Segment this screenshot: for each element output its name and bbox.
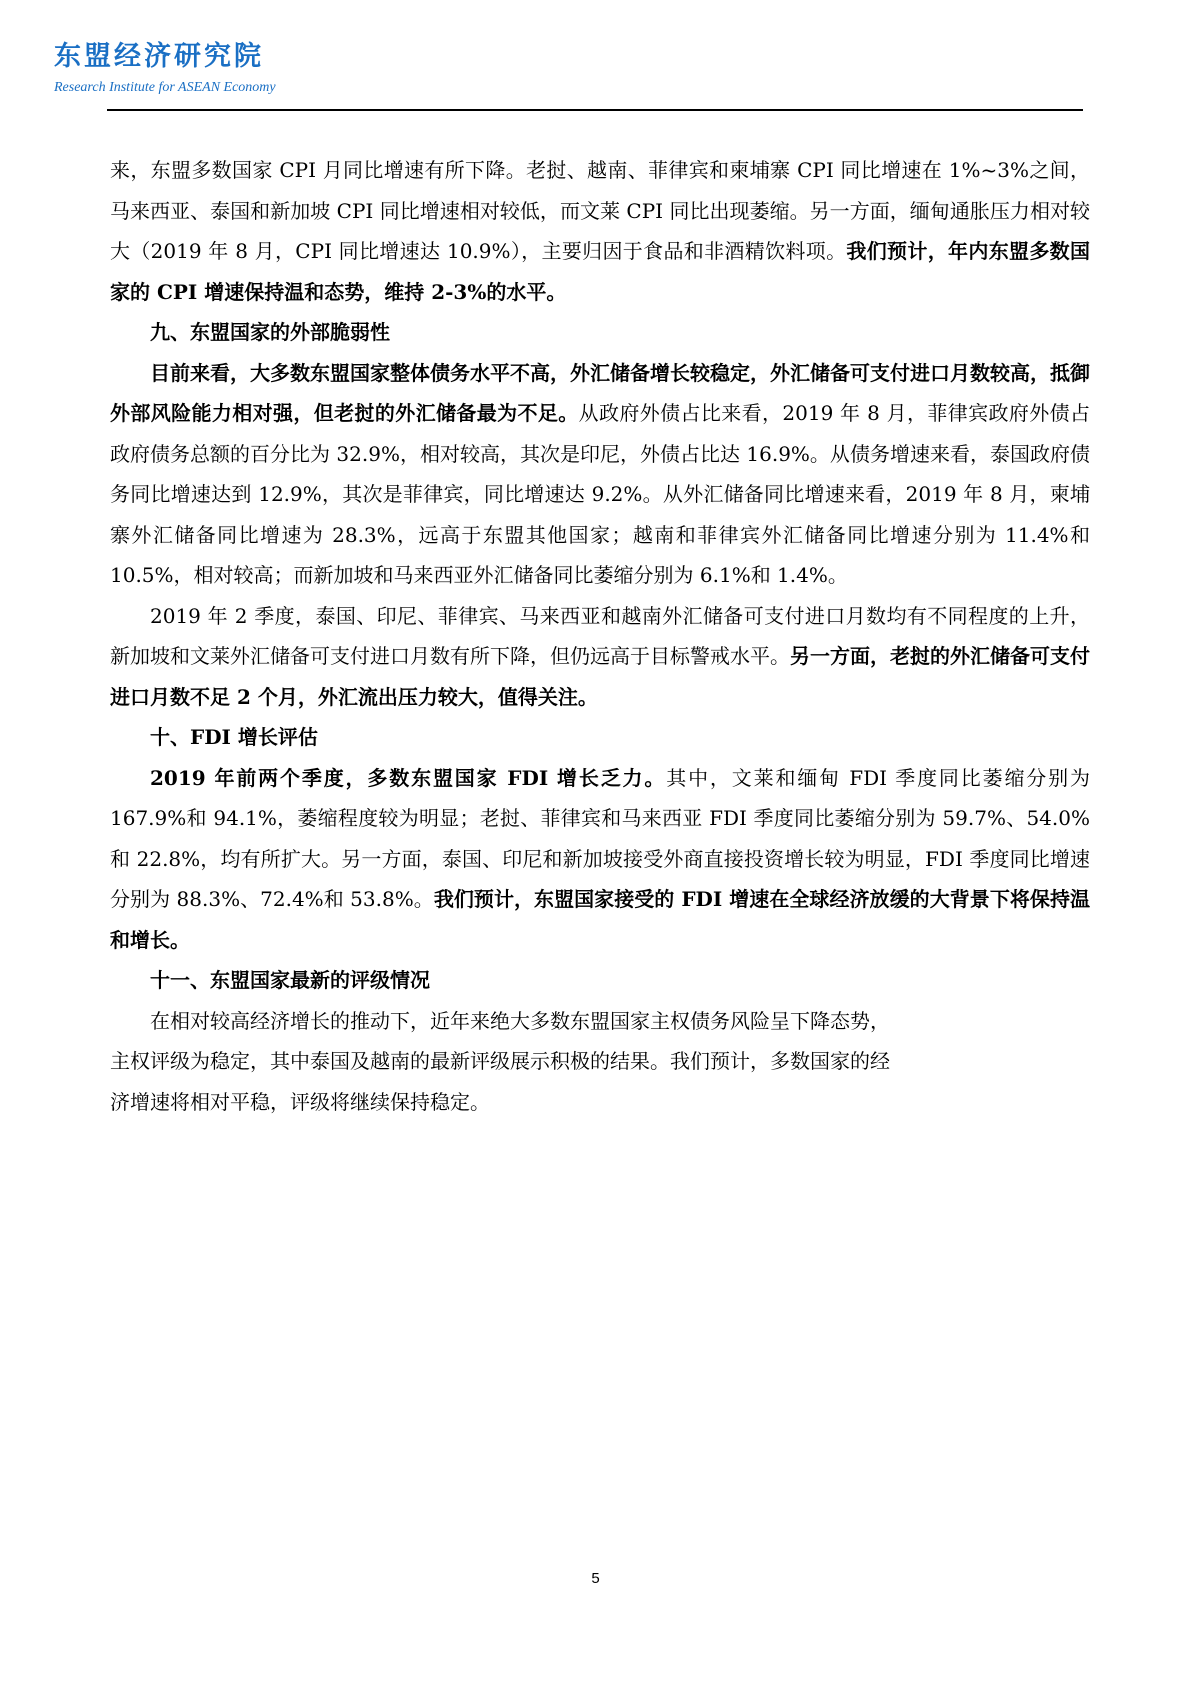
logo-chinese: 东盟经济研究院 xyxy=(54,34,264,73)
paragraph-external-vulnerability: 目前来看，大多数东盟国家整体债务水平不高，外汇储备增长较稳定，外汇储备可支付进口… xyxy=(110,353,1090,596)
section-heading-10: 十、FDI 增长评估 xyxy=(110,717,1090,758)
logo-english: Research Institute for ASEAN Economy xyxy=(54,80,276,96)
page-number: 5 xyxy=(0,1570,1191,1587)
paragraph-ratings: 在相对较高经济增长的推动下，近年来绝大多数东盟国家主权债务风险呈下降态势， 主权… xyxy=(110,1001,1090,1123)
section-heading-9: 九、东盟国家的外部脆弱性 xyxy=(110,312,1090,353)
paragraph-reserves-months: 2019 年 2 季度，泰国、印尼、菲律宾、马来西亚和越南外汇储备可支付进口月数… xyxy=(110,596,1090,718)
text-bold: 2019 年前两个季度，多数东盟国家 FDI 增长乏力。 xyxy=(150,766,666,790)
text-normal: 从政府外债占比来看，2019 年 8 月，菲律宾政府外债占政府债务总额的百分比为… xyxy=(110,401,1090,587)
document-body: 来，东盟多数国家 CPI 月同比增速有所下降。老挝、越南、菲律宾和柬埔寨 CPI… xyxy=(110,150,1090,1122)
paragraph-fdi: 2019 年前两个季度，多数东盟国家 FDI 增长乏力。其中，文莱和缅甸 FDI… xyxy=(110,758,1090,961)
text-line: 在相对较高经济增长的推动下，近年来绝大多数东盟国家主权债务风险呈下降态势， xyxy=(110,1001,1090,1042)
text-line: 主权评级为稳定，其中泰国及越南的最新评级展示积极的结果。我们预计，多数国家的经 xyxy=(110,1041,1090,1082)
text-line: 济增速将相对平稳，评级将继续保持稳定。 xyxy=(110,1082,1090,1123)
header-rule xyxy=(107,109,1083,111)
paragraph-cpi: 来，东盟多数国家 CPI 月同比增速有所下降。老挝、越南、菲律宾和柬埔寨 CPI… xyxy=(110,150,1090,312)
section-heading-11: 十一、东盟国家最新的评级情况 xyxy=(110,960,1090,1001)
